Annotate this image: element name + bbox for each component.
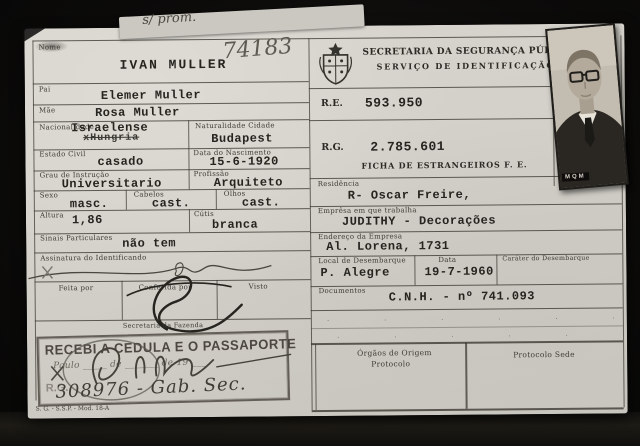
cell-divider [189, 169, 190, 189]
field-label-carater: Caráter do Desembarque [502, 255, 589, 263]
identification-card: s/ prom. Nome IVAN MULLER 74183 Pai Elem… [24, 23, 627, 418]
cell-divider [414, 255, 415, 285]
field-label-cutis: Cútis [194, 210, 214, 218]
field-value-empresa: JUDITHY - Decorações [342, 214, 496, 229]
row-divider [311, 307, 623, 311]
field-value-sinais: não tem [122, 236, 176, 250]
cell-divider [216, 189, 217, 209]
field-value-endereco: Al. Lorena, 1731 [326, 239, 449, 254]
field-value-desembarque: P. Alegre [320, 265, 389, 280]
field-label-rg: R.G. [321, 142, 343, 153]
row-divider [34, 250, 310, 253]
row-divider [33, 81, 309, 84]
id-photo: MQM [545, 23, 629, 190]
field-label-documentos: Documentos [319, 287, 366, 295]
photo-corner-tag: MQM [562, 172, 589, 181]
field-label-visto: Visto [249, 283, 268, 291]
field-label-data: Data [438, 256, 456, 264]
cell-divider [189, 209, 190, 232]
form-top-border [32, 36, 552, 42]
card-type-title: FICHA DE ESTRANGEIROS F. E. [361, 159, 527, 170]
field-value-cutis: branca [212, 218, 258, 232]
cell-divider [126, 190, 127, 210]
field-value-nascimento: 15-6-1920 [209, 154, 278, 169]
field-label-residencia: Residência [318, 180, 360, 188]
portrait [547, 25, 627, 188]
field-value-documentos: C.N.H. - nº 741.093 [389, 289, 535, 304]
form-right-border [620, 35, 624, 407]
field-value-residencia: R- Oscar Freire, [348, 188, 471, 203]
agency-subtitle: SERVIÇO DE IDENTIFICAÇÃO [377, 60, 556, 72]
field-value-nacionalidade-struck: xHungria [83, 133, 139, 144]
box-divider [465, 343, 468, 409]
form-bottom-border [312, 407, 624, 412]
cell-divider [188, 148, 189, 169]
row-divider [309, 86, 553, 89]
scanned-photo-background: s/ prom. Nome IVAN MULLER 74183 Pai Elem… [0, 0, 640, 446]
field-label-desembarque: Local de Desembarque [318, 256, 406, 265]
field-value-re: 593.950 [365, 95, 423, 111]
cell-divider [496, 255, 497, 285]
field-value-nome: IVAN MULLER [120, 57, 228, 73]
box-label-protocolo-sede: Protocolo Sede [513, 350, 575, 360]
field-value-pai: Elemer Muller [101, 88, 201, 103]
field-label-sexo: Sexo [40, 191, 58, 199]
field-value-altura: 1,86 [72, 213, 103, 227]
state-coat-of-arms-icon [316, 42, 354, 86]
form-model-number: S. G. - S.S.P. - Mod. 18-A [36, 405, 110, 413]
field-label-feita-por: Feita por [59, 284, 94, 292]
field-value-rg: 2.785.601 [370, 139, 445, 155]
row-divider [309, 118, 553, 121]
field-label-mae: Mãe [39, 106, 55, 114]
field-value-data: 19-7-1960 [424, 265, 493, 280]
scan-speckles: . . . . . [337, 329, 594, 340]
field-label-altura: Altura [40, 211, 64, 219]
scan-speckles: . . . . . . [327, 311, 640, 323]
field-value-mae: Rosa Muller [95, 105, 180, 120]
field-value-estado-civil: casado [97, 155, 143, 169]
field-label-pai: Pai [39, 85, 51, 93]
cell-divider [188, 120, 189, 148]
field-label-sinais: Sinais Particulares [40, 234, 112, 243]
field-value-naturalidade: Budapest [211, 131, 273, 146]
field-label-naturalidade: Naturalidade Cidade [195, 121, 275, 130]
field-label-re: R.E. [321, 98, 343, 109]
box-label-orgaos-origem: Órgãos de Origem [357, 348, 432, 358]
field-label-nome: Nome [38, 43, 60, 51]
box-label-protocolo: Protocolo [371, 359, 410, 368]
pencil-registry-number: 74183 [222, 34, 294, 64]
field-label-estado-civil: Estado Civil [39, 150, 85, 158]
